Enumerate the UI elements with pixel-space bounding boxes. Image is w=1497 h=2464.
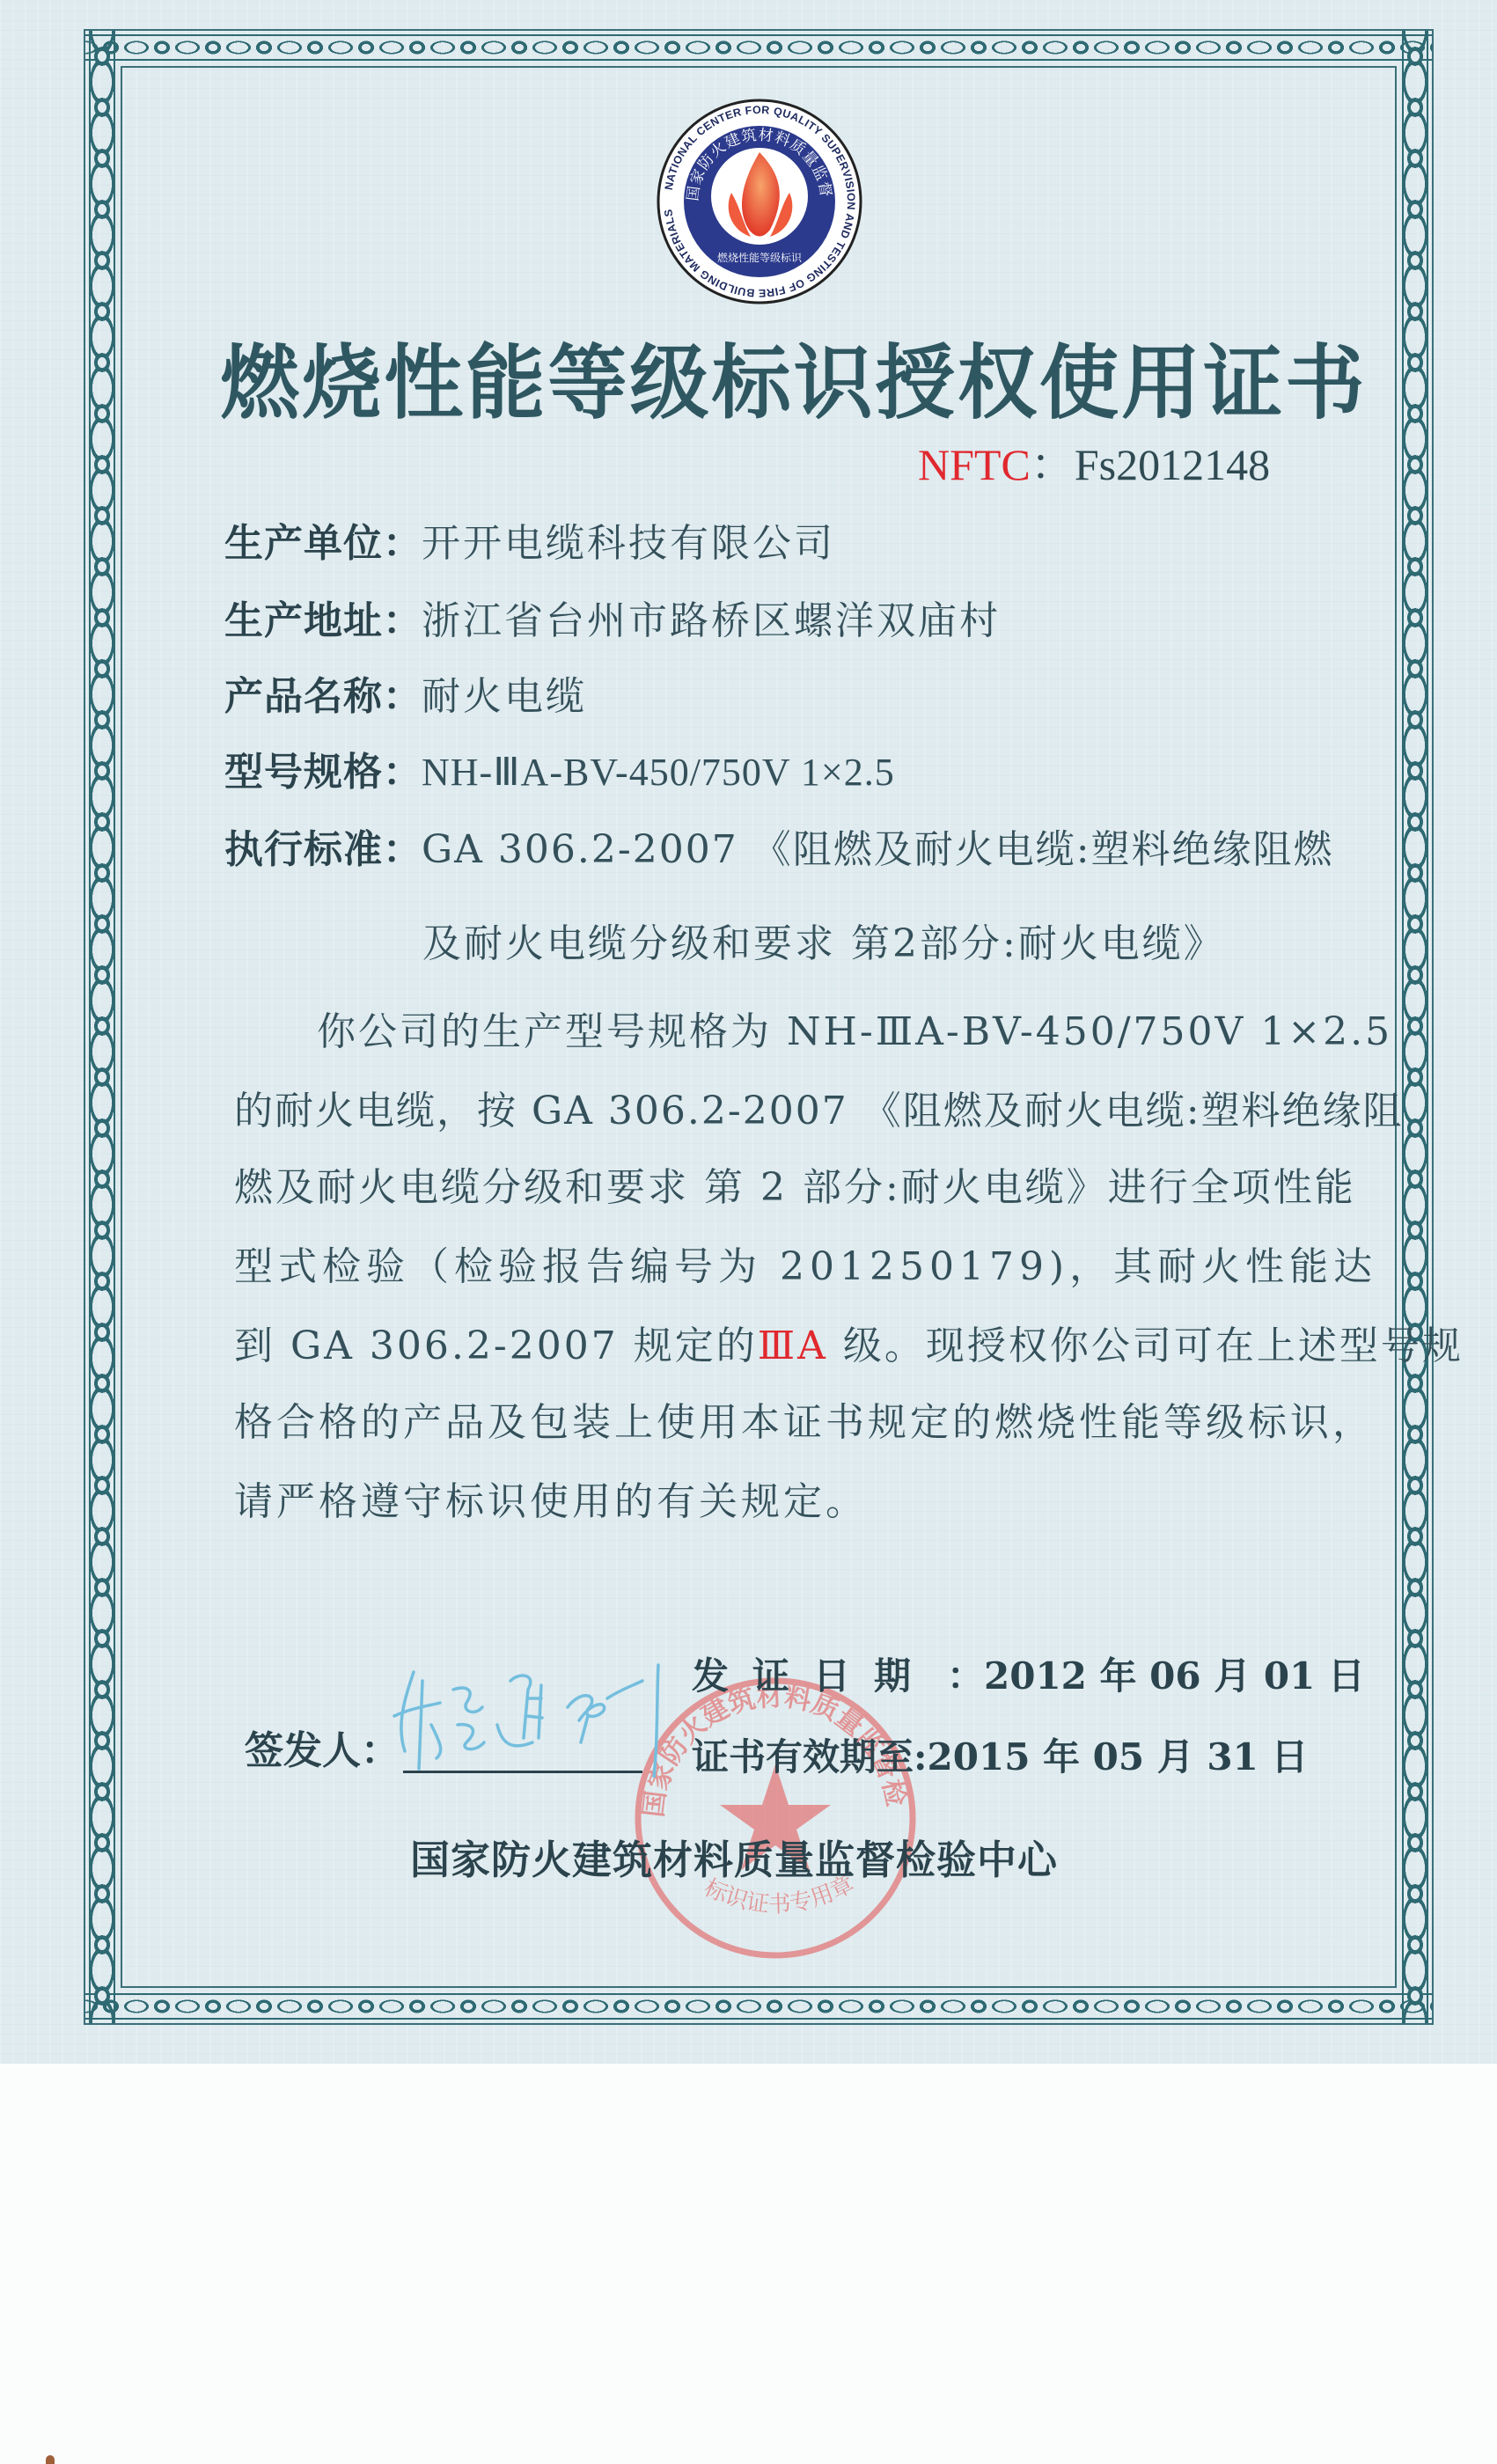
field-manufacturer: 生产单位：开开电缆科技有限公司 [224,517,835,570]
svg-text:燃烧性能等级标识: 燃烧性能等级标识 [717,251,803,264]
expiry-date-value: 2015 年 05 月 31 日 [928,1735,1309,1778]
certificate-number-prefix: NFTC [918,440,1031,489]
field-product-name: 产品名称：耐火电缆 [224,671,587,723]
field-value: 浙江省台州市路桥区螺洋双庙村 [422,598,1001,643]
field-standard: 执行标准：GA 306.2-2007 《阻燃及耐火电缆:塑料绝缘阻燃 [224,824,1334,876]
issue-date-label: 发证日期 [692,1652,947,1701]
field-value: 开开电缆科技有限公司 [422,521,835,566]
handwritten-signature-icon [378,1654,678,1778]
paragraph-line: 的耐火电缆，按 GA 306.2-2007 《阻燃及耐火电缆:塑料绝缘阻 [234,1085,1404,1138]
fire-rating-logo-icon: NATIONAL CENTER FOR QUALITY SUPERVISION … [656,98,863,305]
field-address: 生产地址：浙江省台州市路桥区螺洋双庙村 [224,595,1001,648]
field-standard-continuation: 及耐火电缆分级和要求 第2部分:耐火电缆》 [422,918,1225,971]
issue-date-value: 2012 年 06 月 01 日 [984,1654,1365,1698]
paragraph-text: 级。现授权你公司可在上述型号规 [828,1324,1464,1368]
signer-label: 签发人： [245,1725,400,1778]
issue-date-separator: ： [947,1654,984,1698]
field-value: GA 306.2-2007 《阻燃及耐火电缆:塑料绝缘阻燃 [422,827,1334,872]
paragraph-line: 格合格的产品及包装上使用本证书规定的燃烧性能等级标识， [234,1397,1375,1449]
paragraph-line: 型式检验（检验报告编号为 201250179)，其耐火性能达 [234,1241,1377,1294]
paragraph-line: 燃及耐火电缆分级和要求 第 2 部分:耐火电缆》进行全项性能 [234,1162,1356,1214]
paragraph-line: 你公司的生产型号规格为 NH-ⅢA-BV-450/750V 1×2.5 [317,1006,1392,1059]
field-value: NH-ⅢA-BV-450/750V 1×2.5 [422,751,895,794]
border-band-right [1398,31,1432,2023]
border-band-top [85,31,1432,64]
grade-badge: ⅢA [758,1324,828,1368]
scan-artifact [46,2455,55,2464]
certificate-number: NFTC：Fs2012148 [918,429,1270,493]
issuing-organization: 国家防火建筑材料质量监督检验中心 [410,1834,1070,1887]
paragraph-line: 请严格遵守标识使用的有关规定。 [234,1476,868,1529]
issue-date-row: 发证日期：2012 年 06 月 01 日 [692,1652,1365,1701]
paragraph-text: 到 GA 306.2-2007 规定的 [234,1324,758,1368]
border-band-bottom [85,1990,1432,2023]
border-band-left [85,31,119,2023]
certificate-number-value: Fs2012148 [1075,440,1270,489]
expiry-date-label: 证书有效期至 [692,1733,914,1782]
field-label: 执行标准： [224,824,422,876]
field-label: 生产地址： [224,595,422,648]
field-label: 产品名称： [224,671,422,723]
expiry-date-row: 证书有效期至:2015 年 05 月 31 日 [692,1733,1308,1782]
field-model-spec: 型号规格：NH-ⅢA-BV-450/750V 1×2.5 [224,746,895,799]
paragraph-line: 到 GA 306.2-2007 规定的ⅢA 级。现授权你公司可在上述型号规 [234,1320,1464,1373]
certificate-number-separator: ： [1031,440,1075,489]
expiry-date-separator: : [914,1735,928,1778]
field-value: 耐火电缆 [422,674,587,719]
field-label: 生产单位： [224,517,422,570]
field-label: 型号规格： [224,746,422,799]
certificate-title: 燃烧性能等级标识授权使用证书 [220,319,1289,435]
